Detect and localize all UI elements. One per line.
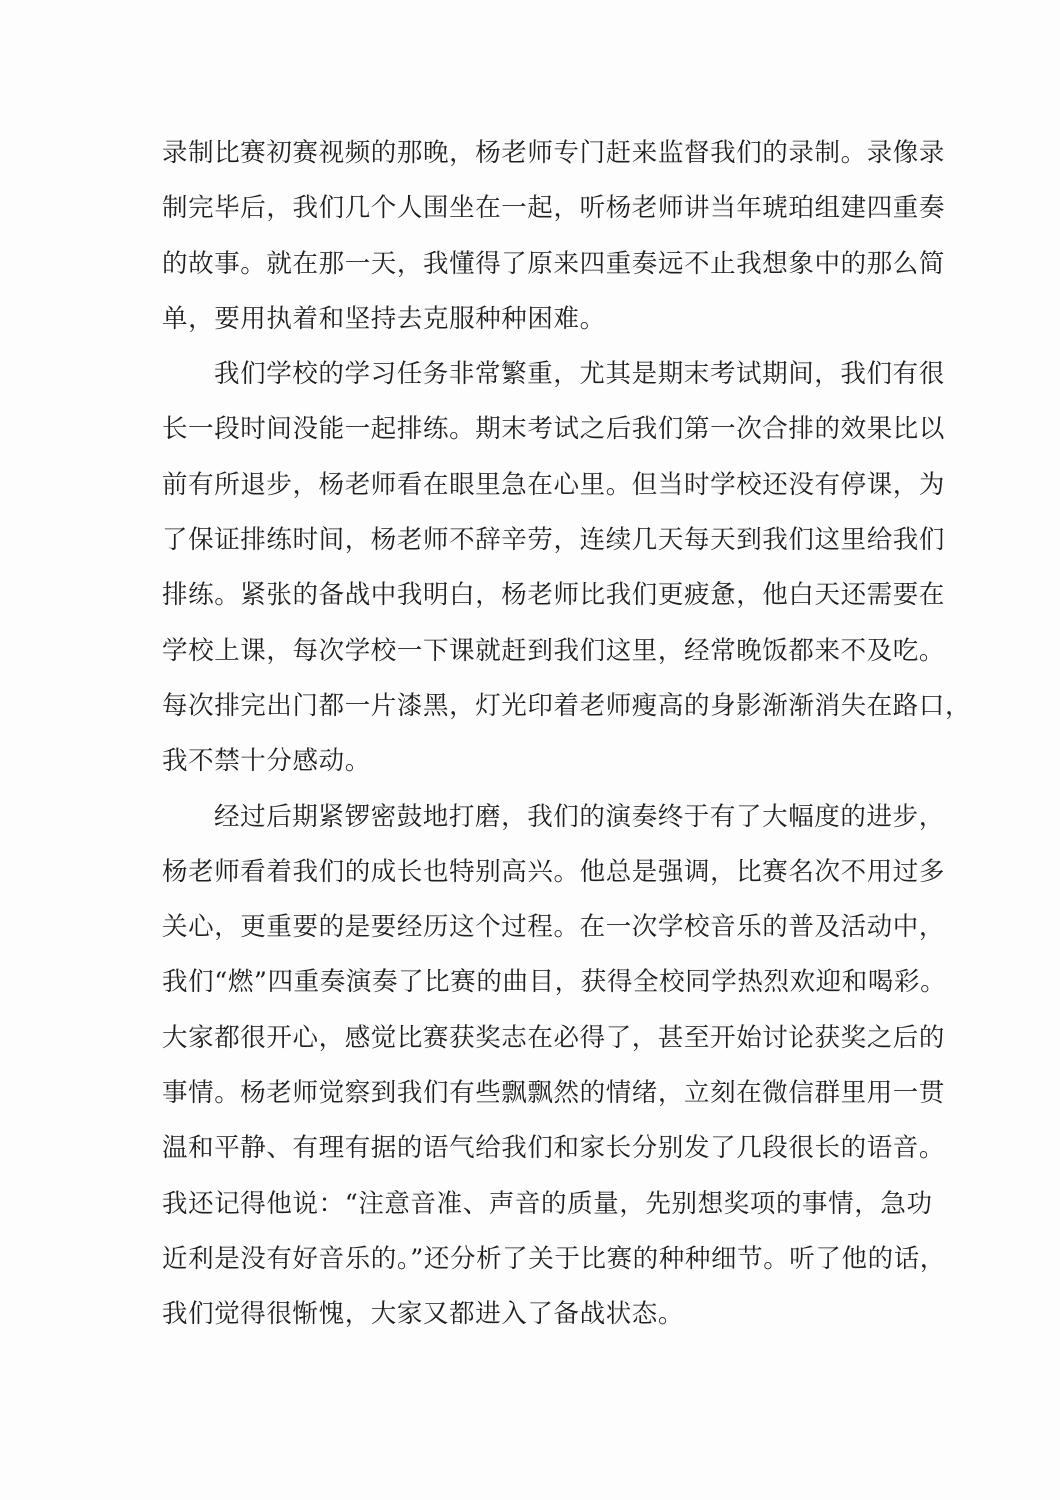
text-line: 排练。紧张的备战中我明白，杨老师比我们更疲惫，他白天还需要在: [162, 568, 902, 623]
paragraph-2: 我们学校的学习任务非常繁重，尤其是期末考试期间，我们有很 长一段时间没能一起排练…: [162, 347, 902, 789]
text-line: 近利是没有好音乐的。”还分析了关于比赛的种种细节。听了他的话，: [162, 1232, 902, 1287]
text-line: 大家都很开心，感觉比赛获奖志在必得了，甚至开始讨论获奖之后的: [162, 1011, 902, 1066]
text-line: 我们觉得很惭愧，大家又都进入了备战状态。: [162, 1287, 902, 1342]
paragraph-3: 经过后期紧锣密鼓地打磨，我们的演奏终于有了大幅度的进步， 杨老师看着我们的成长也…: [162, 790, 902, 1343]
document-page: 录制比赛初赛视频的那晚，杨老师专门赶来监督我们的录制。录像录 制完毕后，我们几个…: [0, 0, 1060, 1500]
text-line: 我不禁十分感动。: [162, 734, 902, 789]
text-line: 制完毕后，我们几个人围坐在一起，听杨老师讲当年琥珀组建四重奏: [162, 181, 902, 236]
text-line: 杨老师看着我们的成长也特别高兴。他总是强调，比赛名次不用过多: [162, 845, 902, 900]
text-line: 长一段时间没能一起排练。期末考试之后我们第一次合排的效果比以: [162, 402, 902, 457]
text-line: 我们学校的学习任务非常繁重，尤其是期末考试期间，我们有很: [162, 347, 902, 402]
text-line: 我们“燃”四重奏演奏了比赛的曲目，获得全校同学热烈欢迎和喝彩。: [162, 955, 902, 1010]
text-line: 事情。杨老师觉察到我们有些飘飘然的情绪，立刻在微信群里用一贯: [162, 1066, 902, 1121]
text-line: 每次排完出门都一片漆黑，灯光印着老师瘦高的身影渐渐消失在路口，: [162, 679, 902, 734]
text-line: 录制比赛初赛视频的那晚，杨老师专门赶来监督我们的录制。录像录: [162, 126, 902, 181]
paragraph-1: 录制比赛初赛视频的那晚，杨老师专门赶来监督我们的录制。录像录 制完毕后，我们几个…: [162, 126, 902, 347]
text-line: 了保证排练时间，杨老师不辞辛劳，连续几天每天到我们这里给我们: [162, 513, 902, 568]
text-line: 我还记得他说：“注意音准、声音的质量，先别想奖项的事情，急功: [162, 1177, 902, 1232]
text-line: 前有所退步，杨老师看在眼里急在心里。但当时学校还没有停课，为: [162, 458, 902, 513]
text-line: 经过后期紧锣密鼓地打磨，我们的演奏终于有了大幅度的进步，: [162, 790, 902, 845]
text-line: 关心，更重要的是要经历这个过程。在一次学校音乐的普及活动中，: [162, 900, 902, 955]
text-line: 的故事。就在那一天，我懂得了原来四重奏远不止我想象中的那么简: [162, 237, 902, 292]
document-body: 录制比赛初赛视频的那晚，杨老师专门赶来监督我们的录制。录像录 制完毕后，我们几个…: [162, 126, 902, 1343]
text-line: 温和平静、有理有据的语气给我们和家长分别发了几段很长的语音。: [162, 1121, 902, 1176]
text-line: 单，要用执着和坚持去克服种种困难。: [162, 292, 902, 347]
text-line: 学校上课，每次学校一下课就赶到我们这里，经常晚饭都来不及吃。: [162, 624, 902, 679]
